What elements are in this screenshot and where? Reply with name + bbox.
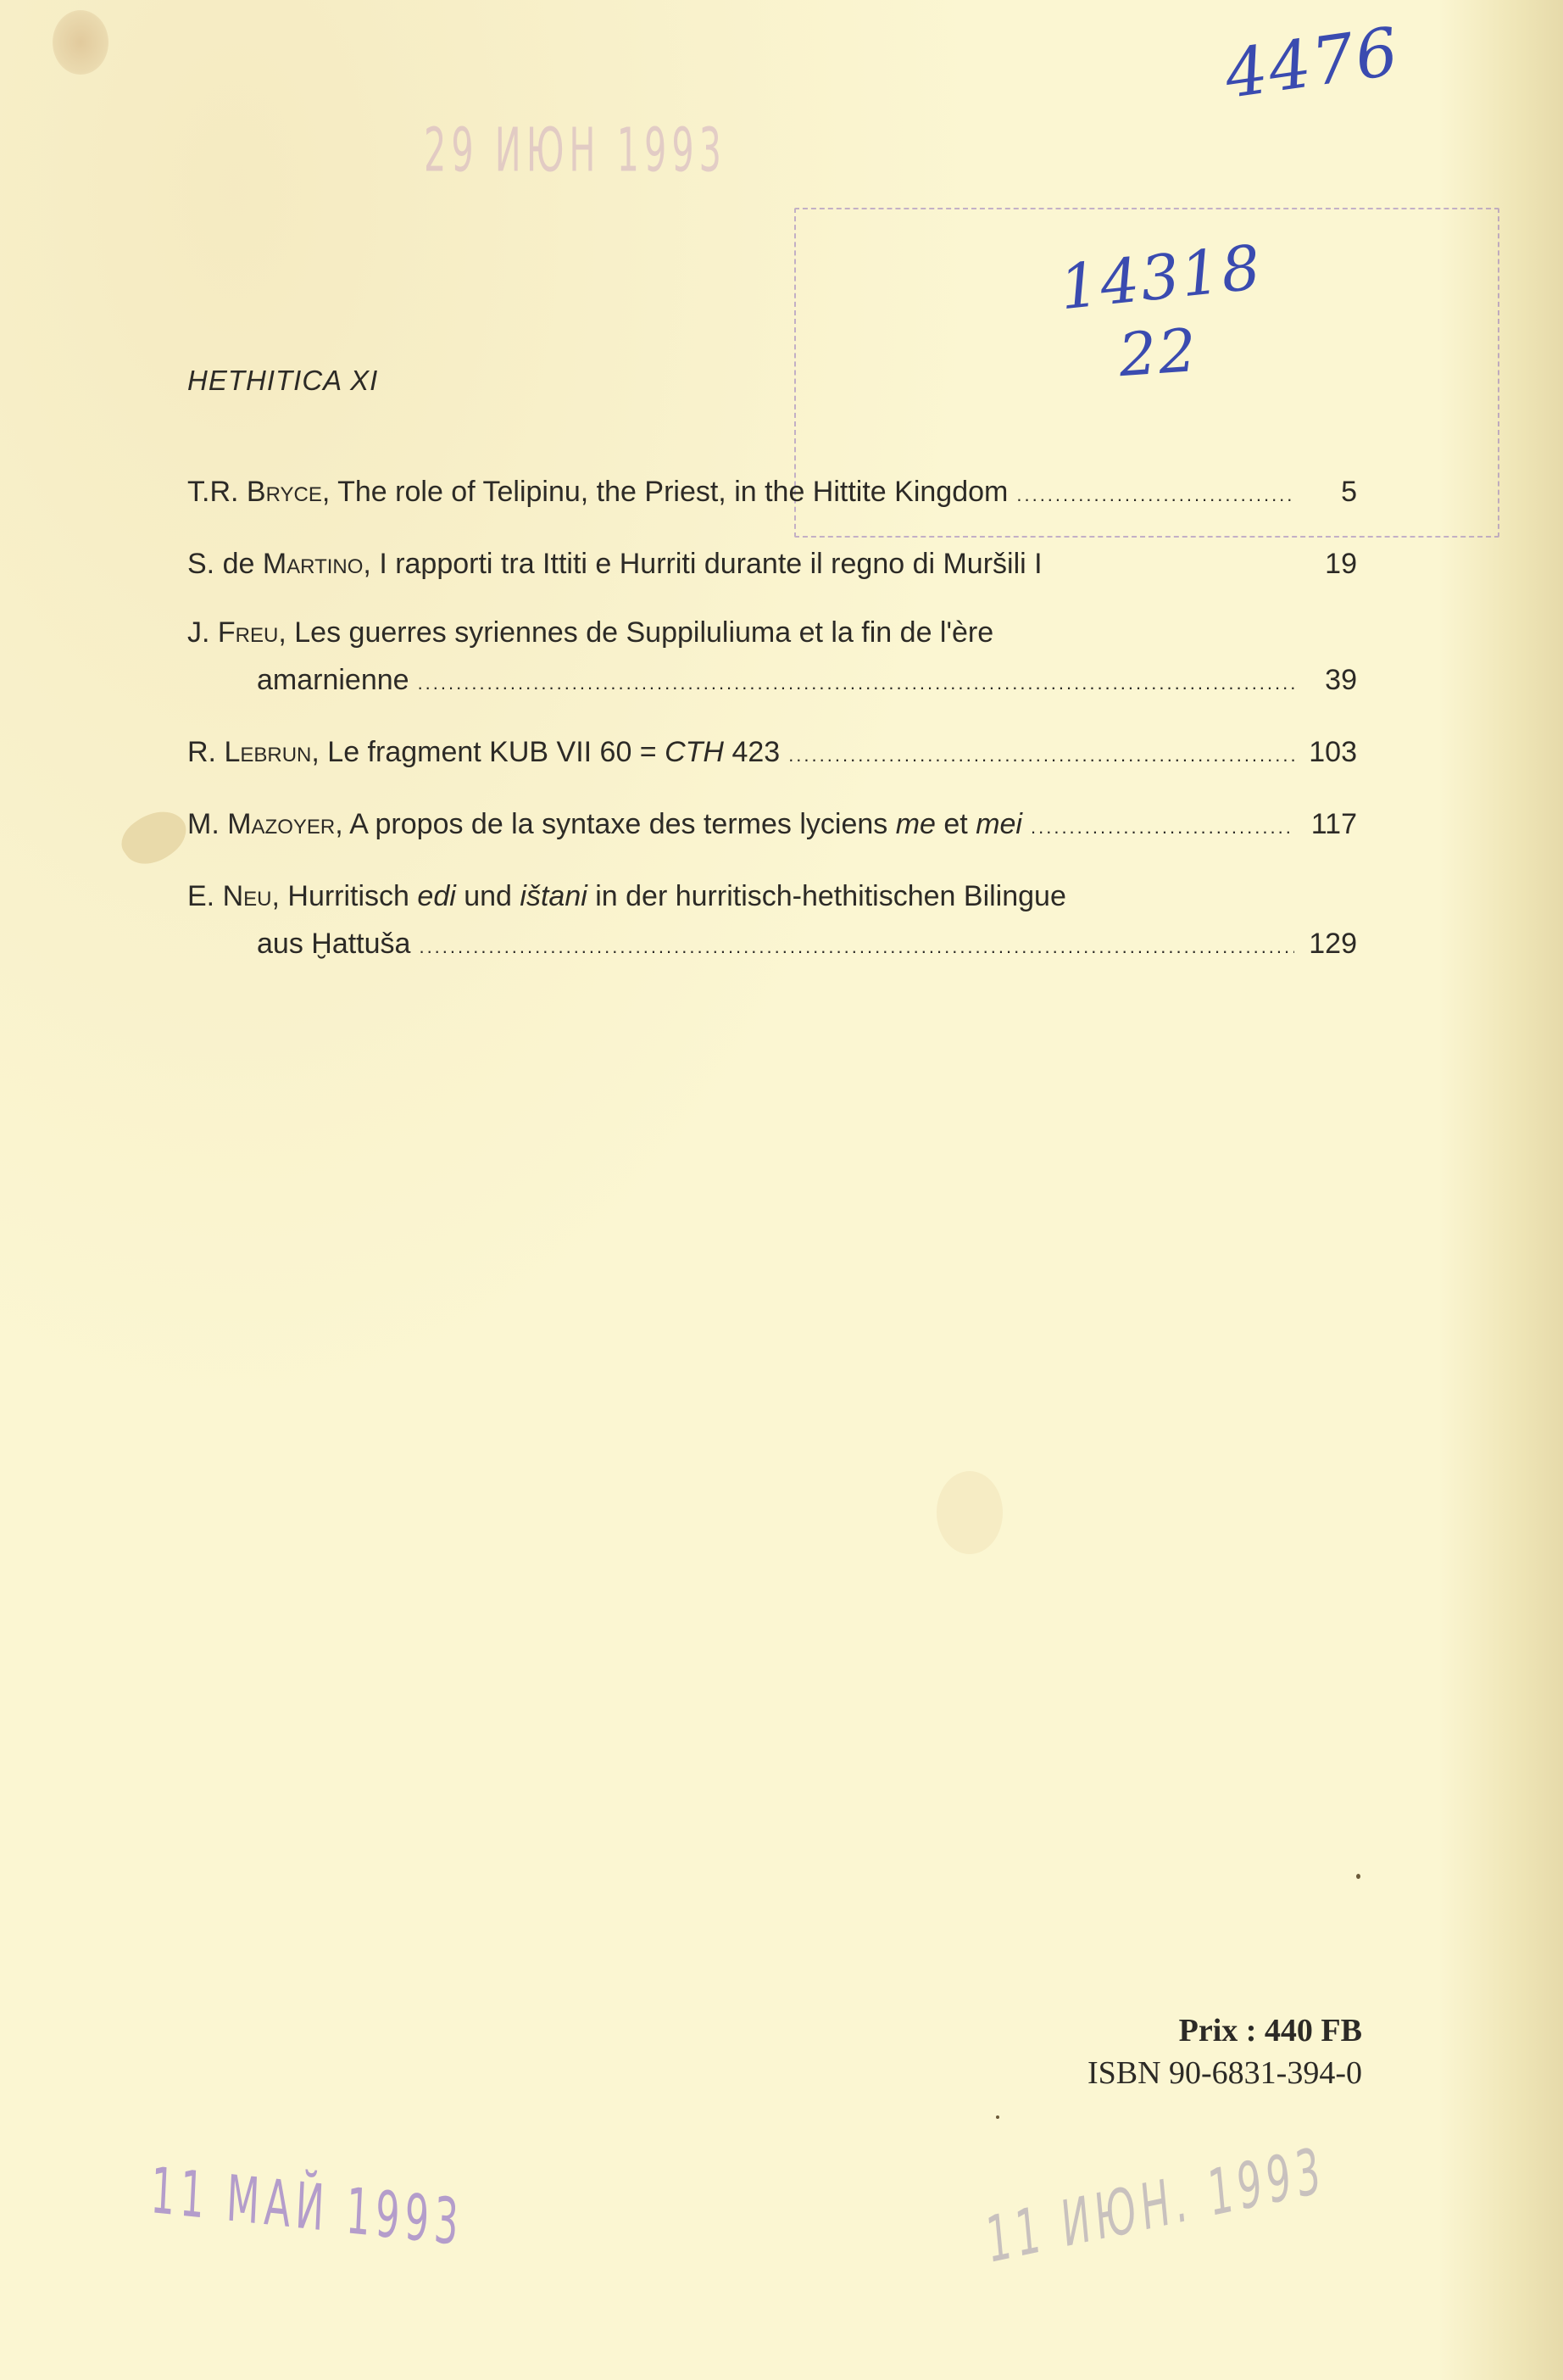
- dot-leader: ........................................…: [788, 732, 1294, 779]
- author-initials: M.: [187, 808, 227, 840]
- toc-line: S. de Martino, I rapporti tra Ittiti e H…: [187, 540, 1357, 588]
- article-title-part: und: [456, 880, 520, 912]
- date-stamp-bottom-right: 11 ИЮН. 1993: [983, 2133, 1328, 2277]
- handwritten-box-number-2: 22: [1116, 315, 1200, 390]
- author-surname: Mazoyer: [227, 808, 335, 840]
- author-surname: Bryce: [247, 476, 322, 508]
- article-title-part: I rapporti tra Ittiti e Hurriti durante …: [379, 548, 1042, 580]
- paper-stain: [53, 10, 108, 75]
- article-title-part: me: [896, 808, 936, 840]
- isbn: ISBN 90-6831-394-0: [1055, 2052, 1362, 2094]
- dot-leader: ........................................…: [1016, 471, 1294, 519]
- author-initials: S. de: [187, 548, 263, 580]
- author-initials: R.: [187, 736, 224, 768]
- date-stamp-bottom-left: 11 МАЙ 1993: [149, 2154, 465, 2260]
- separator: ,: [311, 736, 327, 768]
- article-title-part: Hurritisch: [287, 880, 417, 912]
- article-title-part: 423: [724, 736, 780, 768]
- toc-line: R. Lebrun, Le fragment KUB VII 60 = CTH …: [187, 728, 1357, 779]
- dot-leader: ........................................…: [418, 660, 1294, 707]
- article-title-part: ištani: [520, 880, 587, 912]
- author-surname: Neu: [223, 880, 272, 912]
- toc-text: J. Freu, Les guerres syriennes de Suppil…: [187, 609, 993, 656]
- toc-text: R. Lebrun, Le fragment KUB VII 60 = CTH …: [187, 728, 780, 776]
- page-number: 117: [1306, 800, 1357, 848]
- toc-entry: T.R. Bryce, The role of Telipinu, the Pr…: [187, 468, 1357, 519]
- date-stamp-top: 29 ИЮН 1993: [424, 114, 726, 186]
- paper-stain: [114, 800, 194, 876]
- separator: ,: [271, 880, 287, 912]
- article-title-continuation: amarnienne: [257, 656, 409, 704]
- toc-text: T.R. Bryce, The role of Telipinu, the Pr…: [187, 468, 1008, 516]
- toc-line: T.R. Bryce, The role of Telipinu, the Pr…: [187, 468, 1357, 519]
- article-title-part: A propos de la syntaxe des termes lycien…: [349, 808, 895, 840]
- toc-line-continuation: amarnienne..............................…: [187, 656, 1357, 707]
- page-number: 5: [1306, 468, 1357, 516]
- table-of-contents: T.R. Bryce, The role of Telipinu, the Pr…: [187, 468, 1357, 992]
- toc-entry: R. Lebrun, Le fragment KUB VII 60 = CTH …: [187, 728, 1357, 779]
- toc-entry: S. de Martino, I rapporti tra Ittiti e H…: [187, 540, 1357, 588]
- toc-text: E. Neu, Hurritisch edi und ištani in der…: [187, 872, 1066, 920]
- article-title-part: in der hurritisch-hethitischen Bilingue: [587, 880, 1066, 912]
- article-title-part: et: [936, 808, 976, 840]
- page-number: 103: [1306, 728, 1357, 776]
- series-title: HETHITICA XI: [187, 365, 378, 397]
- toc-line-continuation: aus Ḫattuša.............................…: [187, 920, 1357, 971]
- price-block: Prix : 440 FB ISBN 90-6831-394-0: [1055, 2009, 1362, 2094]
- toc-entry: M. Mazoyer, A propos de la syntaxe des t…: [187, 800, 1357, 851]
- author-initials: J.: [187, 616, 218, 649]
- page-number: 19: [1306, 540, 1357, 588]
- article-title-part: edi: [417, 880, 455, 912]
- author-surname: Lebrun: [224, 736, 311, 768]
- article-title-part: CTH: [665, 736, 724, 768]
- page-number: 39: [1306, 656, 1357, 704]
- paper-stain: [937, 1471, 1003, 1554]
- author-initials: E.: [187, 880, 223, 912]
- paper-speck: [996, 2115, 999, 2119]
- paper-speck: [1356, 1874, 1360, 1879]
- toc-line: E. Neu, Hurritisch edi und ištani in der…: [187, 872, 1357, 920]
- toc-entry: J. Freu, Les guerres syriennes de Suppil…: [187, 609, 1357, 707]
- dot-leader: ........................................…: [1031, 804, 1294, 851]
- toc-line: J. Freu, Les guerres syriennes de Suppil…: [187, 609, 1357, 656]
- toc-text: S. de Martino, I rapporti tra Ittiti e H…: [187, 540, 1043, 588]
- separator: ,: [335, 808, 349, 840]
- page-number: 129: [1306, 920, 1357, 967]
- separator: ,: [363, 548, 379, 580]
- article-title-part: Les guerres syriennes de Suppiluliuma et…: [294, 616, 993, 649]
- author-initials: T.R.: [187, 476, 247, 508]
- article-title-part: mei: [976, 808, 1022, 840]
- author-surname: Freu: [218, 616, 278, 649]
- article-title-part: The role of Telipinu, the Priest, in the…: [337, 476, 1008, 508]
- handwritten-inventory-number: 4476: [1221, 14, 1404, 114]
- toc-entry: E. Neu, Hurritisch edi und ištani in der…: [187, 872, 1357, 971]
- article-title-continuation: aus Ḫattuša: [257, 920, 410, 967]
- toc-text: M. Mazoyer, A propos de la syntaxe des t…: [187, 800, 1022, 848]
- toc-line: M. Mazoyer, A propos de la syntaxe des t…: [187, 800, 1357, 851]
- separator: ,: [322, 476, 337, 508]
- dot-leader: ........................................…: [419, 923, 1294, 971]
- article-title-part: Le fragment KUB VII 60 =: [327, 736, 665, 768]
- price: Prix : 440 FB: [1055, 2009, 1362, 2052]
- separator: ,: [278, 616, 294, 649]
- author-surname: Martino: [263, 548, 364, 580]
